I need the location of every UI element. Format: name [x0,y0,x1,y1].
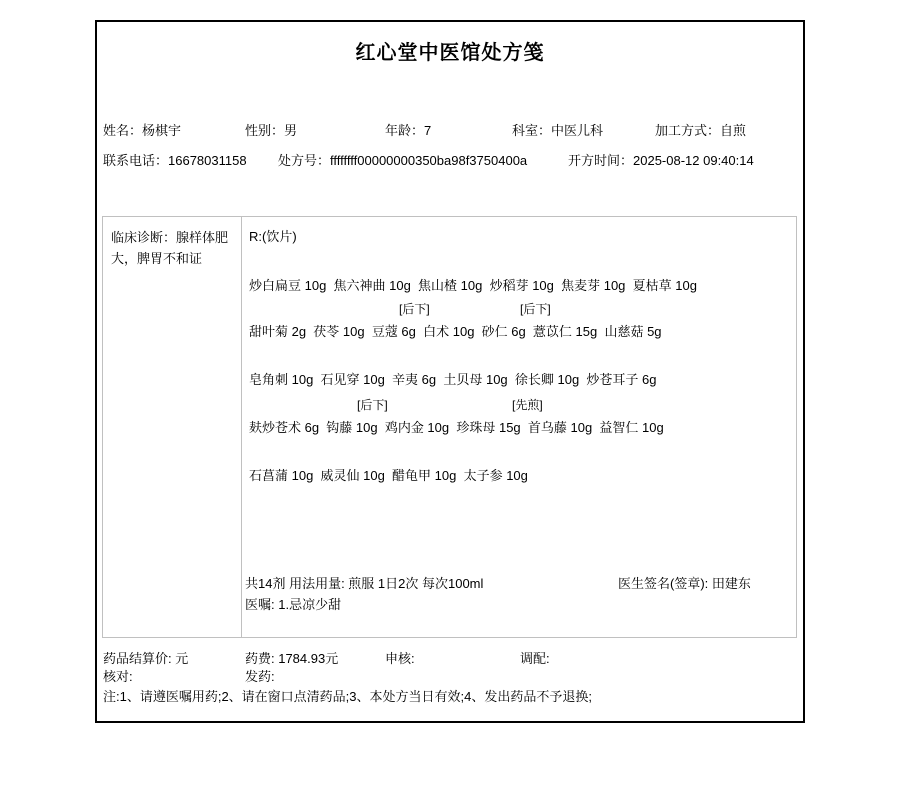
contact-phone: 联系电话：16678031158 [103,150,247,169]
herb-line-5: 石菖蒲 10g 威灵仙 10g 醋龟甲 10g 太子参 10g [249,467,528,484]
rx-column: R:(饮片) 炒白扁豆 10g 焦六神曲 10g 焦山楂 10g 炒稻芽 10g… [243,217,796,637]
herb-line-2: 甜叶菊 2g 茯苓 10g 豆蔻 6g 白术 10g 砂仁 6g 薏苡仁 15g… [249,323,662,340]
prescription-time: 开方时间：2025-08-12 09:40:14 [568,150,754,169]
compound-field: 调配: [520,648,550,667]
settlement-price: 药品结算价: 元 [103,648,188,667]
department: 科室：中医儿科 [512,120,603,139]
herb-line-1: 炒白扁豆 10g 焦六神曲 10g 焦山楂 10g 炒稻芽 10g 焦麦芽 10… [249,277,697,294]
footer-note: 注:1、请遵医嘱用药;2、请在窗口点清药品;3、本处方当日有效;4、发出药品不予… [103,686,592,705]
patient-gender: 性别：男 [245,120,297,139]
decoct-first-annotation: [先煎] [512,397,543,413]
check-field: 核对: [103,666,133,685]
processing-method: 加工方式：自煎 [655,120,746,139]
dispense-field: 发药: [245,666,275,685]
doctor-advice: 医嘱: 1.忌凉少甜 [245,596,341,613]
dosage-usage: 共14剂 用法用量: 煎服 1日2次 每次100ml [245,575,483,592]
decoct-later-annotation: [后下] [520,301,551,317]
page-title: 红心堂中医馆处方笺 [95,36,805,65]
decoct-later-annotation: [后下] [399,301,430,317]
review-field: 申核: [385,648,415,667]
prescription-body-box: 临床诊断：腺样体肥大，脾胃不和证 R:(饮片) 炒白扁豆 10g 焦六神曲 10… [102,216,797,638]
annotation-row-1: [后下] [后下] [249,301,889,317]
prescription-number: 处方号：ffffffff00000000350ba98f3750400a [278,150,527,169]
herb-line-4: 麸炒苍术 6g 钩藤 10g 鸡内金 10g 珍珠母 15g 首乌藤 10g 益… [249,419,664,436]
medicine-fee: 药费: 1784.93元 [245,648,338,667]
decoct-later-annotation: [后下] [357,397,388,413]
rx-header: R:(饮片) [249,228,297,245]
annotation-row-2: [后下] [先煎] [249,397,889,413]
doctor-signature: 医生签名(签章): 田建东 [618,575,751,592]
patient-age: 年龄：7 [385,120,431,139]
herb-line-3: 皂角刺 10g 石见穿 10g 辛夷 6g 土贝母 10g 徐长卿 10g 炒苍… [249,371,656,388]
patient-name: 姓名：杨棋宇 [103,120,181,139]
clinical-diagnosis: 临床诊断：腺样体肥大，脾胃不和证 [103,217,242,637]
